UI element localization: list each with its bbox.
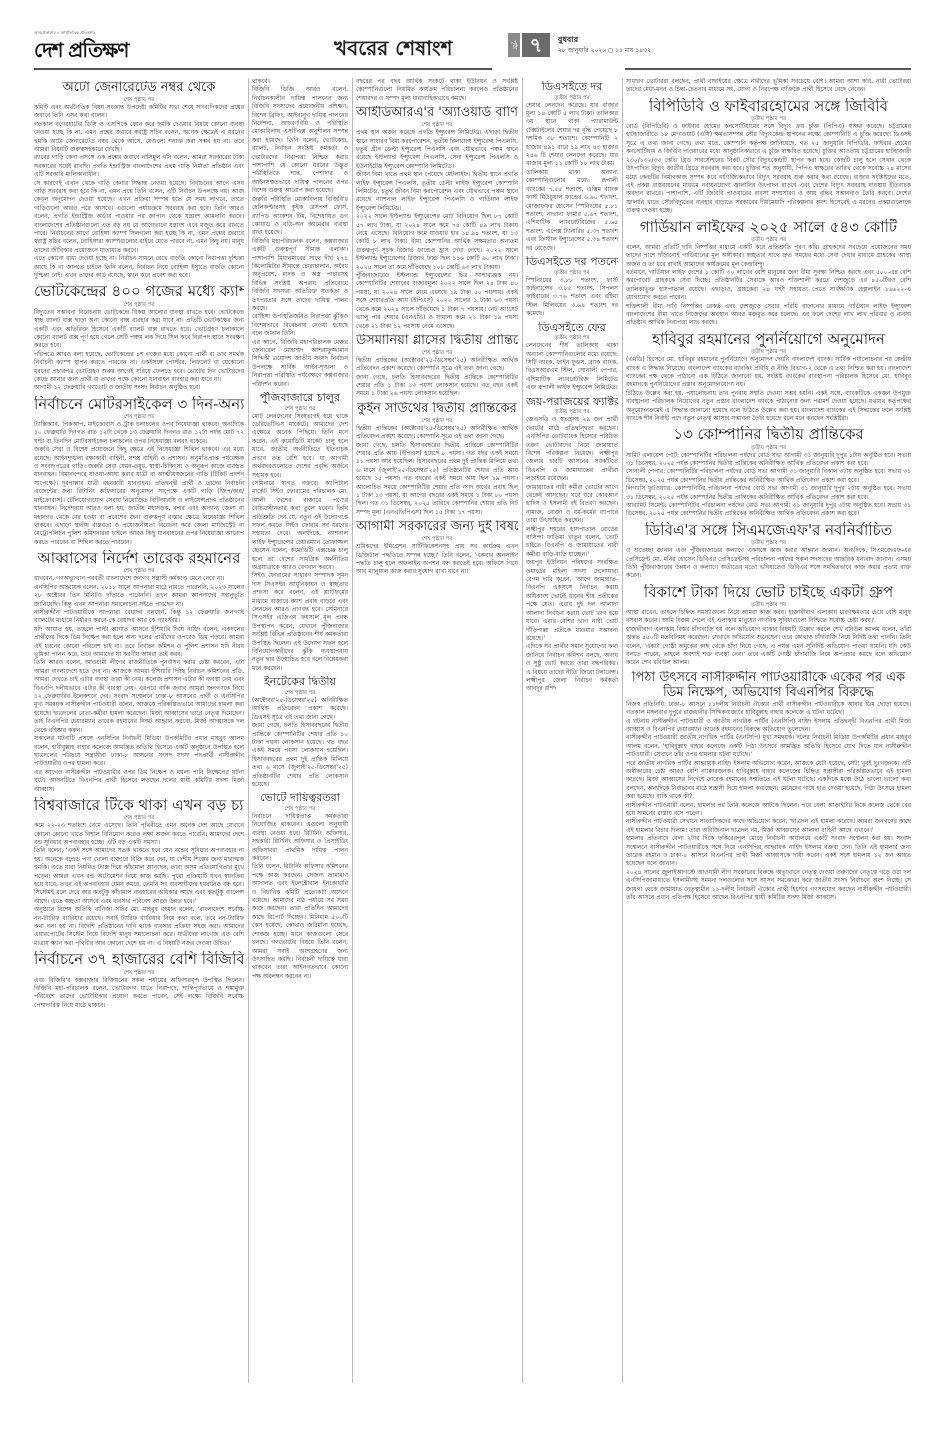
article-paragraph: আরামিট সিমেন্ট: কোম্পানিটির পরিচালনা পর্… [626,502,911,519]
article-paragraph: পরিপত্রে আরও বলা হয়েছে, ভোটকেন্দ্রের ৪শ… [34,351,244,385]
headline[interactable]: বিশ্ববাজারে টিকে থাকা এখন বড় চ্যালেঞ্জ [34,797,244,814]
article-paragraph: কমে ২২-২৩ শতাংশে নেমে এসেছে। তিনি পৃথিবী… [34,822,244,847]
headline[interactable]: বিকাশে টাকা দিয়ে ভোট চাইছে একটা গ্রুপ [626,584,911,601]
headline[interactable]: ডিবিএ'র সঙ্গে সিএমজেএফ'র নবনির্বাচিত [626,522,911,539]
headline[interactable]: ভোটকেন্দ্রের ৪০০ গজের মধ্যে ক্যাম্প [34,283,244,300]
article-paragraph: র‍্যাবের গাড়ি কেনা প্রসঙ্গে এক প্রশ্নের… [34,154,244,179]
jump-line: শেষ পৃষ্ঠার পর [356,121,518,129]
article-paragraph: পরে জাতীয় নাগরিক পার্টির আহ্বায়ক নাহিদ… [626,760,911,802]
article-paragraph: এনসিপির আহ্বায়ক বলেন, ২০১৮ সালে আপনারা … [34,584,244,609]
article-paragraph: এবং বিজিবি'র কক্সবাজার রিজিয়নের সকল পর্… [34,977,244,1011]
article-paragraph: শ্রমিকদের ইমিগ্রেশন সার্টিফিকেশনসহ প্রায… [356,543,518,577]
article-paragraph: জরুরি পরিস্থিতি মোকাবিলায় বিজিবি'র হেলি… [252,196,348,238]
column-2: থাকবে। বিজিবি ডিজি আরও বলেন, নির্বাচনকাল… [252,78,348,1383]
column-4: ডিএসইতে দর তৃতীয় পৃষ্ঠার পর শেয়ার লেনদ… [526,78,618,1383]
jump-line: শেষ পৃষ্ঠার পর [356,417,518,425]
article-paragraph: বর্তমানে, গার্ডিয়ান লাইফ দেশের ১ কোটি ৩… [626,269,911,303]
article-paragraph: হাজারীবাগ এলাকায় বিস্তর চাঁদাবাজি হয় ব… [626,626,911,668]
article-paragraph: ২০২৪ সালের জুলাইআগস্টে আওয়ামী লীগ সরকার… [626,869,911,903]
article-paragraph: পুঁজিবাজারেও ইস্টল্যান্ড ইন্স্যুরেন্সের … [356,272,518,331]
article-paragraph: জানা গেছে, চলতি হিসাববছরের দ্বিতীয় প্রা… [356,374,518,399]
column-divider [622,78,623,1383]
jump-line: শেষ পৃষ্ঠার পর [252,805,348,813]
article-paragraph: লিগ্যাসি ফুটওয়্যার: কোম্পানিটির পরিচালন… [626,485,911,502]
article-paragraph: তিনি বলেন, রিটার্নিং অফিসার কমিশনের পক্ষ… [252,863,348,981]
article-paragraph: স্পিনিংয়ের ৩.৮৮ শতাংশ, ফার্স্ট ফাইন্যান… [526,277,618,319]
article-paragraph: এদিকে সব প্রার্থীর সমান সুযোগের কথা জানি… [526,643,618,693]
article-paragraph: রাখবেন, গণঅভ্যুত্থান পরবর্তী বাংলাদেশে জ… [34,575,244,583]
article-paragraph: কমিটি এবং অর্থনৈতিক বিষয় সংক্রান্ত উপদে… [34,104,244,121]
article-paragraph: শেয়ার লেনদেন করেছে। যার বাজার মূল্য ১৪ … [526,102,618,169]
jump-line: শেষ পৃষ্ঠার পর [34,96,244,104]
article-paragraph: (অক্টোবর'২৫-ডিসেম্বর'২৫) অনিরীক্ষিত আর্থ… [252,697,348,722]
headline[interactable]: আব্বাসের নির্দেশ তারেক রহমানের [34,550,244,567]
jump-line: তৃতীয় পৃষ্ঠার পর [626,236,911,244]
headline[interactable]: আগামী সরকারের জন্য দুই বিষয়ে [356,520,518,535]
article-paragraph: তিনি আরও বলেন, আওয়ামী লীগের রাজনীতিকে প… [34,659,244,735]
article-paragraph: প্রথম স্থান অর্জন করেছে প্রগতি ইন্স্যুরে… [356,129,518,171]
article-paragraph: জেএসডি ও স্বতন্ত্রসহ ২৯ জন প্রার্থী ভোটে… [526,416,618,483]
headline[interactable]: ভোটে দায়িত্বরতরা [252,792,348,805]
article-paragraph: মোট লেনদেনের সিংহভাগই হয়ে থাকে ডেরিভেটি… [252,413,348,480]
jump-line: তৃতীয় পৃষ্ঠার পর [626,601,911,609]
headline[interactable]: ডিএসইতে ফের [526,322,618,335]
date-line: ২৮ জানুয়ারি ২০২৬ ◻ ১৪ মাঘ ১৪৩২ [558,45,651,56]
article-paragraph: তিনি বলেন, 'একই সঙ্গে আমাদের সতর্ক থাকতে… [34,847,244,906]
jump-line: শেষ পৃষ্ঠার পর [34,413,244,421]
article-paragraph: নাসীরুদ্দীন পাটওয়ারীকে আপনারা বেয়াদব ব… [34,609,244,626]
column-divider [522,78,523,1383]
article-paragraph: জানা গেছে, চলতি হিসাববছরের দ্বিতীয় প্রা… [356,442,518,518]
article-paragraph: রোহিঙ্গা উপস্থিতিজনিত নিরাপত্তা ঝুঁকিও ব… [252,313,348,338]
headline[interactable]: বিপিডিবি ও ফাইবারহোমের সঙ্গে জিবিবি [626,98,911,115]
newspaper-logo[interactable]: দেশ প্রতিক্ষণ [34,36,128,69]
article-paragraph: দ্বিতীয় প্রান্তিকের (অক্টোবর'২৫-ডিসেম্ব… [356,425,518,442]
jump-line: তৃতীয় পৃষ্ঠার পর [526,269,618,277]
article-paragraph: বোর্ড (বিপিডিবি) ও ফাইবার হোমের কনসোর্টি… [626,123,911,215]
article-paragraph: সকালের ঘটনাটি প্রসঙ্গে এনসিপির নির্বাচনী… [34,735,244,769]
article-paragraph: নাসীরুদ্দীন পাটওয়ারী সেখানে সাংবাদিকদের… [626,818,911,835]
article-paragraph: আগামী ১২ ফেব্রুয়ারি গণভোট ও জাতীয় সংসদ… [34,384,244,392]
masthead-rule-right [625,68,911,70]
article-paragraph: শক্তিশালী বীমা দাবি নিষ্পত্তির রেকর্ড এব… [626,303,911,328]
jump-line: তৃতীয় পৃষ্ঠার পর [526,94,618,102]
masthead-rule-left [34,68,492,70]
headline[interactable]: হাবিবুর রহমানের পুনর্নিয়োগে অনুমোদন [626,331,911,348]
jump-line: শেষ পৃষ্ঠার পর [34,301,244,309]
article-paragraph: সাধারণ ভোটাররা বলছেন, প্রার্থী বাছাইয়ের… [626,78,911,95]
headline[interactable]: ডিএসইতে দর পতনের [526,256,618,269]
article-paragraph: এর আগেও নাসীরুদ্দীন পাটওয়ারীর ওপর ডিম ন… [34,769,244,794]
article-paragraph: জরুরি সেবা ও বিশেষ প্রয়োজনে কিছু ক্ষেত্… [34,446,244,547]
article-paragraph: ২০২২ সালে ইস্টল্যান্ড ইন্স্যুরেন্সের মোট… [356,213,518,272]
article-paragraph: আস্থা রাখেন, তাহলে চিহ্নিত সমস্যাগুলো নি… [626,609,911,626]
article-paragraph: (এমডি) হিসেবে মো. হাবিবুর রহমানের পুনর্ন… [626,356,911,390]
article-paragraph: নাসীরুদ্দীন পাটওয়ারী বলেন, হামলার পর তি… [626,802,911,819]
column-divider [352,78,353,1383]
jump-line: তৃতীয় পৃষ্ঠার পর [626,444,911,452]
jump-line: শেষ পৃষ্ঠার পর [34,969,244,977]
page-number: ৭ [522,33,550,57]
jump-line: তৃতীয় পৃষ্ঠার পর [626,115,911,123]
jump-line: শেষ পৃষ্ঠার পর [252,405,348,413]
article-paragraph: জীবন বিমা খাতে প্রথম স্থান পেয়েছে মেটলা… [356,171,518,213]
article-paragraph: লক্ষ্মীপুর শহরের হাসপাতাল রোডের বাসিন্দা… [526,526,618,560]
jump-line: শেষ পৃষ্ঠার পর [356,349,518,357]
headline[interactable]: পিঠা উৎসবে নাসীরুদ্দীন পাটওয়ারীকে একের … [626,671,911,701]
article-paragraph: বলেন, আমরা প্রতিটি দাবি নিষ্পত্তির মাধ্য… [626,244,911,269]
article-paragraph: নিজস্ব প্রতিনিধি: ঢাকা-৮ আসনে ১১দলীয় নি… [626,701,911,718]
article-paragraph: বিজিবি মহাপরিচালক বলেন, কক্সবাজার একটি গ… [252,238,348,314]
headline[interactable]: পুঁজিবাজারে চালুর [252,392,348,405]
headline[interactable]: গার্ডিয়ান লাইফের ২০২৫ সালে ৫৪৩ কোটি [626,219,911,236]
jump-line: শেষ পৃষ্ঠার পর [34,814,244,822]
article-paragraph: বিজিবি ডিজি আরও বলেন, নির্বাচনকালীন দায়… [252,86,348,195]
article-paragraph: দ্বিতীয় প্রান্তিকের (অক্টোবর'২৫-ডিসেম্ব… [356,357,518,374]
article-paragraph: সিইও ফোরামের সাধারণ সম্পাদক সুমন দাস সিএ… [252,572,348,673]
article-paragraph: এ ঘটনায় নাসীরুদ্দীন পাটওয়ারী ও জাতীয় … [626,718,911,735]
article-paragraph: জামায়াতের নারী কর্মীরা ভোটের আগে থেকেই … [526,484,618,526]
article-paragraph: ও শুভেচ্ছা জানান এবং পুঁজিবাজারের কল্যাণ… [626,547,911,581]
article-paragraph: তালিকায় থাকা অন্যান্য কোম্পানিগুলোর মধ্… [526,169,618,253]
headline[interactable]: ডিএসইতে দর [526,81,618,94]
headline[interactable]: জয়-পরাজয়ের ফ্যাক্টর [526,396,618,409]
section-title: খবরের শেষাংশ [334,34,453,67]
jump-line: তৃতীয় পৃষ্ঠার পর [626,348,911,356]
article-paragraph: এর আগে, বিজিবি মহাপরিচালক মেজর জেনারেল ম… [252,339,348,389]
jump-line: শেষ পৃষ্ঠার পর [252,689,348,697]
article-paragraph: বছরের পর বছর আর্থিক সংকটে থাকা ইউনিয়ন ও… [356,78,518,103]
article-paragraph: সামিট এলায়েন্স পোর্ট: কোম্পানিটির পরিচা… [626,452,911,469]
article-paragraph: লেনদেনের শীর্ষ তালিকায় থাকা অন্যান্য কো… [526,342,618,392]
column-5: সাধারণ ভোটাররা বলছেন, প্রার্থী বাছাইয়ের… [626,78,911,1383]
column-1: অটো জেনারেটেড নম্বর থেকে শেষ পৃষ্ঠার পর … [34,78,244,1383]
headline[interactable]: আইডিআরএ'র 'অ্যাওয়ার্ড বাণিজ্য' [356,106,518,121]
article-paragraph: ট্যাক্সিক্যাব, পিকআপ, মাইক্রোবাস ও ট্রাক… [34,421,244,446]
article-paragraph: সে কারণেই এখান থেকে গাড়ি কেনার সিদ্ধান্… [34,180,244,256]
headline[interactable]: উসমানিয়া গ্লাসের দ্বিতীয় প্রান্তিকের [356,334,518,349]
article-paragraph: সোনালী পেপার: কোম্পানিটির পরিচালনা পর্ষদ… [626,468,911,485]
headline[interactable]: নির্বাচনে মোটরসাইকেল ৩ দিন-অন্যান্য [34,396,244,413]
article-paragraph: সেমিনারে স্বাগত বক্তব্যে ক্যাপিটাল মার্ক… [252,480,348,572]
column-divider [248,78,249,1383]
column-3: বছরের পর বছর আর্থিক সংকটে থাকা ইউনিয়ন ও… [356,78,518,1383]
article-paragraph: এতে কোনো বাধা দেওয়া হচ্ছে না। নির্বাচন … [34,255,244,280]
article-paragraph: নাসীরুদ্দীন পাটওয়ারী জাতীয় নাগরিক পার্… [626,734,911,759]
article-paragraph: নির্বাচনে দায়িত্বপ্রাপ্ত কর্মকর্তারা নি… [252,813,348,863]
headline[interactable]: অটো জেনারেটেড নম্বর থেকে [34,81,244,96]
headline[interactable]: কুইন সাউথের দ্বিতীয় প্রান্তিকের [356,402,518,417]
headline[interactable]: ১৩ কোম্পানির দ্বিতীয় প্রান্তিকের [626,426,911,443]
article-paragraph: জানা গেছে, চলতি হিসাববছরের দ্বিতীয় প্রা… [252,722,348,789]
article-paragraph: গতকাল বগেরহাটের ডিসি ও এসপিকে ফোন করে হু… [34,121,244,155]
article-paragraph: অনুষ্ঠানে বিশেষ অতিথি বাণিজ্য সচিব মো. ম… [34,906,244,948]
article-paragraph: যদি আঘাত হয়, তাহলে পাল্টা আঘাত আসবে হুঁ… [34,626,244,660]
headline[interactable]: ইনটেকের দ্বিতীয় [252,676,348,689]
article-paragraph: জয়পুর ইউনিয়ন পরিষদের সংরক্ষিত ওয়ার্ডে… [526,559,618,643]
headline[interactable]: নির্বাচনে ৩৭ হাজারের বেশি বিজিবি [34,951,244,968]
page-label: পৃষ্ঠা [508,33,520,57]
article-paragraph: হামলার প্রতিবাদে বেলা ২টার দিকে ফকিরেরপু… [626,835,911,869]
masthead: আত্মপ্রকাশের ৪ আর্থনৈতিক প্রতিশ্রুতি দেশ… [34,34,914,56]
article-paragraph: থাকবে। [252,78,348,86]
article-paragraph: বিদ্যুতের সম্ভাবনা বিবেচনায় ভোটকেন্দ্রে… [34,309,244,351]
jump-line: তৃতীয় পৃষ্ঠার পর [626,539,911,547]
article-paragraph: চিঠিতে উল্লেখ করা হয়, পর্যালোচনায় তার … [626,390,911,424]
